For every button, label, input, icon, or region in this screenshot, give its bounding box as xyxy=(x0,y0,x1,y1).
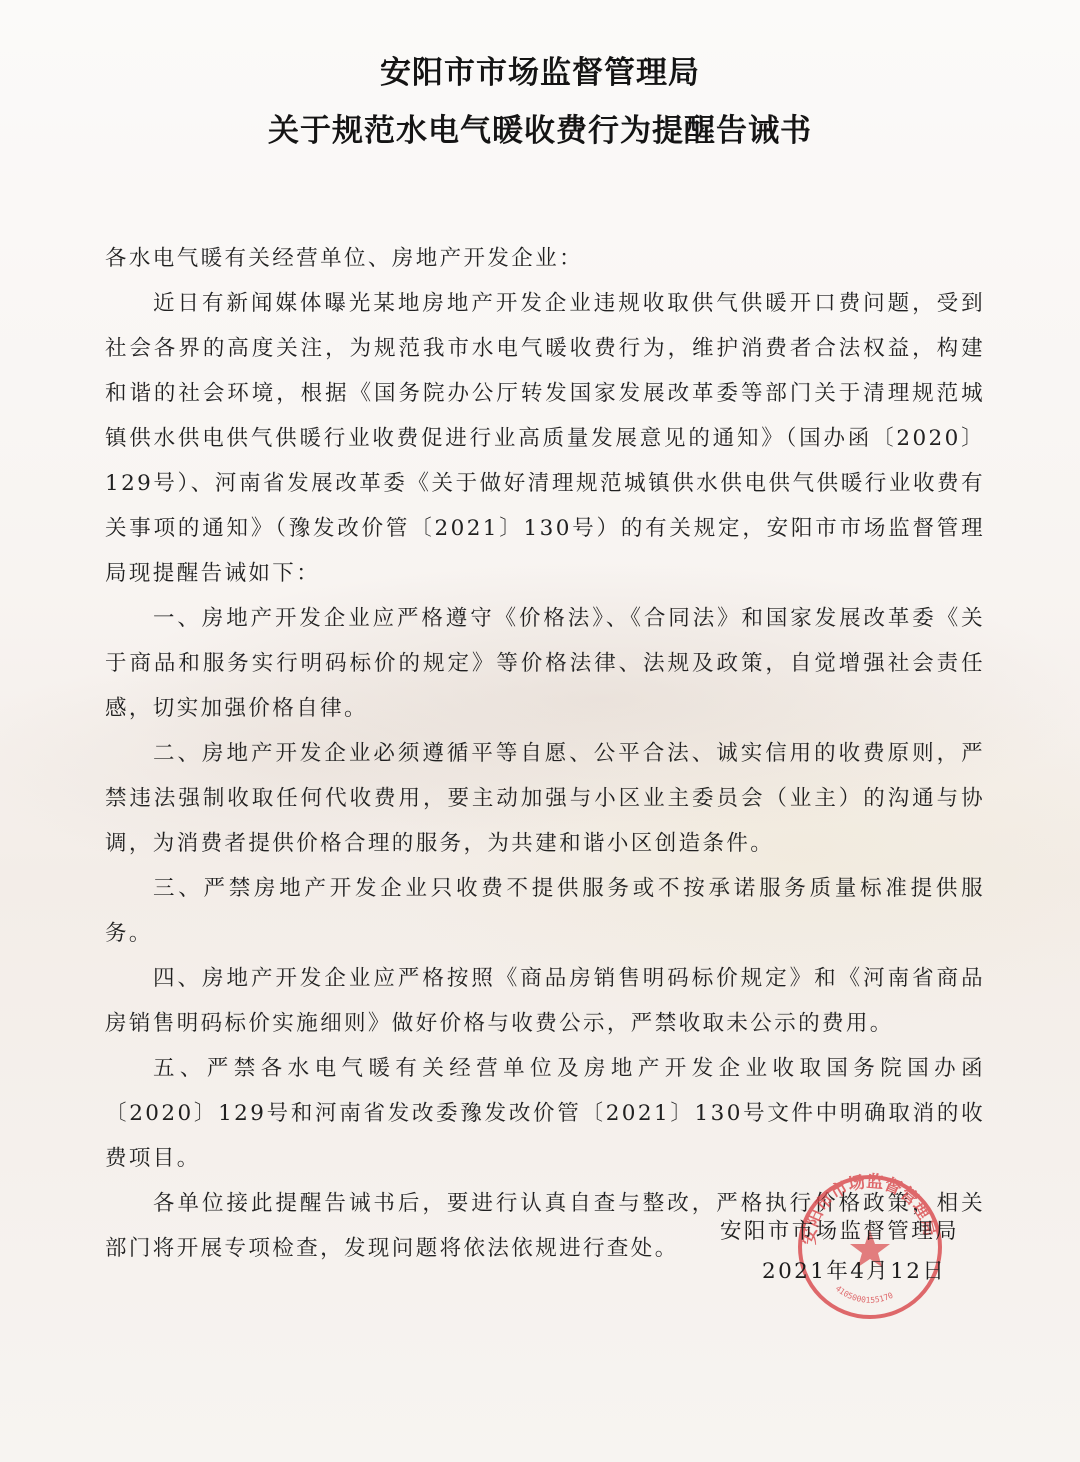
paragraph-item-1: 一、房地产开发企业应严格遵守《价格法》、《合同法》和国家发展改革委《关于商品和服… xyxy=(105,596,985,731)
paragraph-item-3: 三、严禁房地产开发企业只收费不提供服务或不按承诺服务质量标准提供服务。 xyxy=(105,866,985,956)
signature-date: 2021年4月12日 xyxy=(720,1252,980,1292)
signature-block: 安阳市市场监督管理局 2021年4月12日 xyxy=(720,1212,980,1292)
salutation: 各水电气暖有关经营单位、房地产开发企业： xyxy=(105,236,985,281)
paragraph-item-5: 五、严禁各水电气暖有关经营单位及房地产开发企业收取国务院国办函〔2020〕129… xyxy=(105,1046,985,1181)
document-page: 安阳市市场监督管理局 关于规范水电气暖收费行为提醒告诫书 各水电气暖有关经营单位… xyxy=(0,0,1080,1462)
issuer-title: 安阳市市场监督管理局 xyxy=(0,44,1080,102)
paragraph-intro: 近日有新闻媒体曝光某地房地产开发企业违规收取供气供暖开口费问题，受到社会各界的高… xyxy=(105,281,985,596)
document-body: 各水电气暖有关经营单位、房地产开发企业： 近日有新闻媒体曝光某地房地产开发企业违… xyxy=(105,236,985,1271)
signature-organization: 安阳市市场监督管理局 xyxy=(720,1212,980,1252)
paragraph-item-4: 四、房地产开发企业应严格按照《商品房销售明码标价规定》和《河南省商品房销售明码标… xyxy=(105,956,985,1046)
notice-title: 关于规范水电气暖收费行为提醒告诫书 xyxy=(0,102,1080,160)
document-title: 安阳市市场监督管理局 关于规范水电气暖收费行为提醒告诫书 xyxy=(0,44,1080,160)
paragraph-item-2: 二、房地产开发企业必须遵循平等自愿、公平合法、诚实信用的收费原则，严禁违法强制收… xyxy=(105,731,985,866)
